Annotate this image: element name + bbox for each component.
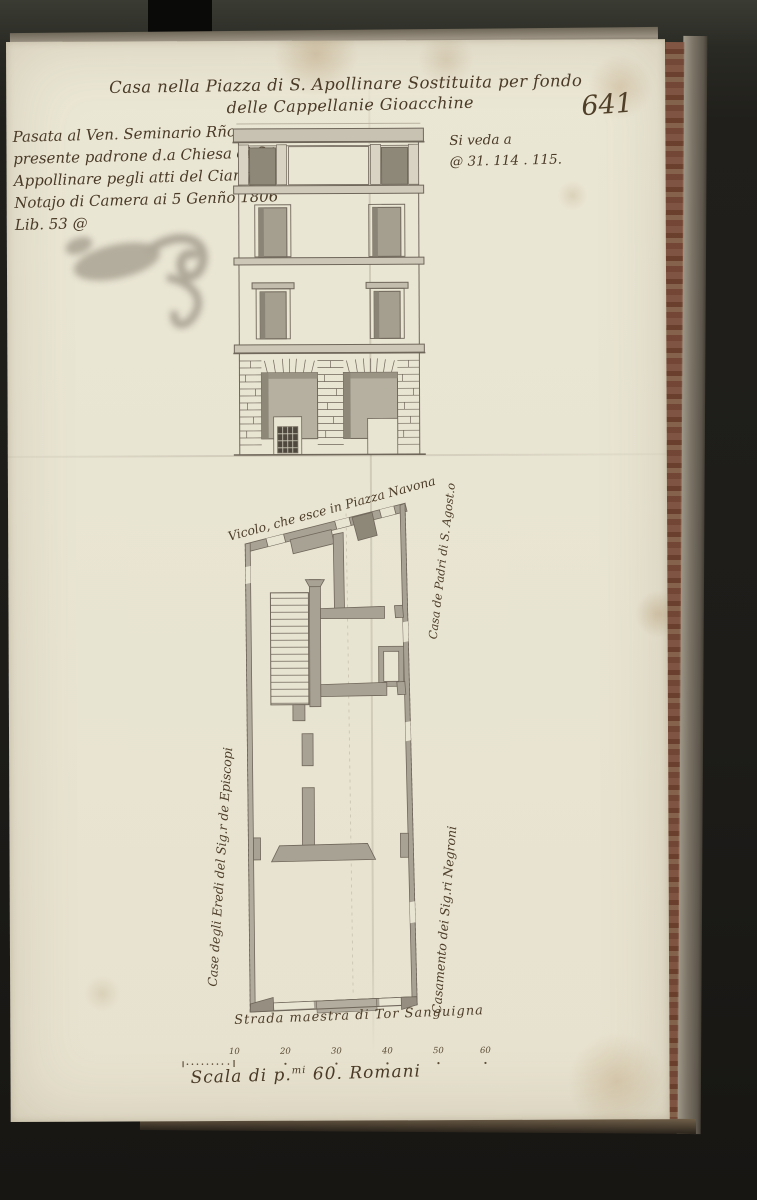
scale-tick-label: 50 [428, 1046, 448, 1056]
scale-tick-label: 60 [475, 1046, 495, 1056]
facade-elevation-drawing [230, 120, 427, 457]
reference-line: @ 31. 114 . 115. [449, 150, 562, 173]
scale-label-pre: Scala di p. [190, 1065, 292, 1088]
scale-tick-label: 30 [326, 1047, 346, 1057]
scale-tick-label: 40 [377, 1046, 397, 1056]
scale-label-post: 60. Romani [306, 1061, 421, 1084]
scale-tick-label: 10 [224, 1047, 244, 1057]
page-title-line2: delle Cappellanie Gioacchine [185, 92, 515, 118]
reference-note: Si veda a @ 31. 114 . 115. [449, 129, 562, 173]
manuscript-photo: Casa nella Piazza di S. Apollinare Sosti… [0, 0, 757, 1200]
scale-label-sup: mi [292, 1065, 307, 1076]
manuscript-page: Casa nella Piazza di S. Apollinare Sosti… [6, 39, 670, 1122]
folio-number: 641 [580, 88, 634, 123]
ink-smudge [55, 199, 231, 335]
scale-tick-label: 20 [275, 1047, 295, 1057]
reference-line: Si veda a [449, 129, 562, 152]
